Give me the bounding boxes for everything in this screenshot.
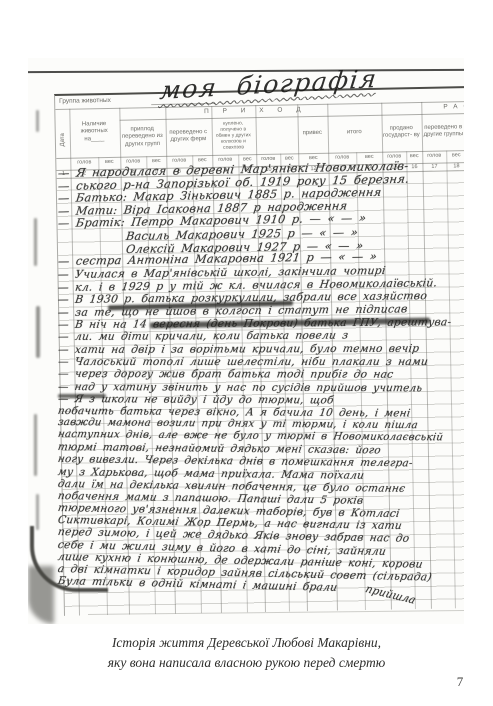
ledger-col-number: 1 <box>56 171 70 178</box>
ledger-subhead: вес <box>356 154 382 161</box>
ledger-col-header: Наличие животных на____ <box>70 110 118 155</box>
ledger-col-number: 16 <box>407 164 421 171</box>
section-rashod: РАСХОД <box>443 102 464 111</box>
ledger-col-number: 5 <box>149 169 163 176</box>
ledger-subhead: вес <box>192 157 212 164</box>
ledger-col-header: переведено в другие группы <box>422 115 464 148</box>
group-underscore <box>151 103 215 105</box>
ledger-col-header: продано государст- ву <box>382 116 420 149</box>
ledger-col-header: переведено с других ферм <box>167 120 211 153</box>
ledger-subhead: голов <box>382 153 406 160</box>
ledger-col-number: 18 <box>449 163 463 170</box>
ledger-col-number: 11 <box>282 166 296 173</box>
ledger-subhead: голов <box>328 154 356 161</box>
ledger-col-number: 17 <box>427 164 441 171</box>
scan-edge-artifact <box>36 494 39 530</box>
ledger-col-number: 14 <box>362 165 376 172</box>
page-corner-shadow <box>28 566 54 624</box>
book-page: Группа животныхП Р И Х О ДРАСХОДДатаНали… <box>0 0 493 706</box>
ledger-col-header: куплено, получено в обмен у других колхо… <box>213 119 255 152</box>
ledger-subhead: голов <box>166 157 192 164</box>
ledger-col-date: Дата <box>55 109 70 178</box>
ledger-col-header: приплод переведено из других групп <box>121 121 165 154</box>
ledger-col-number: 2 <box>77 170 91 177</box>
ledger-col-number: 9 <box>240 167 254 174</box>
ledger-form: Группа животныхП Р И Х О ДРАСХОДДатаНали… <box>54 86 464 616</box>
ink-smudge <box>58 394 106 398</box>
ledger-subhead: голов <box>256 156 280 163</box>
date-label: Дата <box>59 117 66 163</box>
ledger-subhead: голов <box>422 152 446 159</box>
scan-edge-artifact <box>36 110 39 132</box>
scanned-ledger-photo: Группа животныхП Р И Х О ДРАСХОДДатаНали… <box>28 58 464 624</box>
ledger-col-number: 3 <box>102 170 116 177</box>
ledger-col-number: 4 <box>126 169 140 176</box>
ledger-subhead: вес <box>146 158 166 165</box>
ledger-subhead: вес <box>406 153 422 160</box>
caption-line2: яку вона написала власною рукою перед см… <box>0 653 493 673</box>
ledger-col-header: привес <box>299 118 327 151</box>
ledger-col-number: 12 <box>306 166 320 173</box>
ledger-subhead: вес <box>280 155 298 162</box>
ledger-subhead: вес <box>238 156 256 163</box>
ledger-subhead: голов <box>120 158 146 165</box>
group-label: Группа животных <box>59 96 149 106</box>
ledger-subhead: вес <box>446 152 464 159</box>
page-number: 7 <box>448 674 472 690</box>
ledger-col-number: 8 <box>218 168 232 175</box>
ledger-col-number: 10 <box>261 167 275 174</box>
caption-line1: Історія життя Деревської Любові Макарівн… <box>0 633 493 653</box>
scan-edge-artifact <box>34 218 37 266</box>
section-prihod: П Р И Х О Д <box>175 106 335 117</box>
ledger-col-header: итого <box>329 117 381 150</box>
ledger-subhead: вес <box>298 155 328 162</box>
scan-top-edge <box>28 69 464 73</box>
scan-edge-artifact <box>36 306 40 358</box>
ledger-subhead: вес <box>98 159 120 166</box>
scan-edge-artifact <box>34 414 37 476</box>
ledger-col-header <box>257 118 297 151</box>
ledger-col-number: 6 <box>172 168 186 175</box>
ledger-col-number: 7 <box>195 168 209 175</box>
ledger-col-number: 13 <box>335 165 349 172</box>
ledger-subhead: голов <box>212 156 238 163</box>
ledger-col-number: 15 <box>387 164 401 171</box>
photo-caption: Історія життя Деревської Любові Макарівн… <box>0 633 493 673</box>
ledger-subhead: голов <box>70 159 98 166</box>
